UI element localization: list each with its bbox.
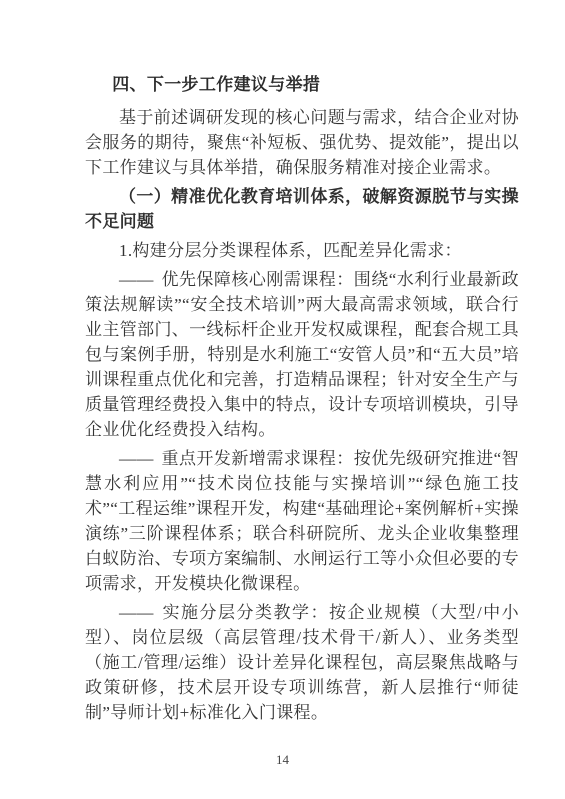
dash-mark: —— xyxy=(119,449,154,468)
bullet-paragraph: ——实施分层分类教学：按企业规模（大型/中小型）、岗位层级（高层管理/技术骨干/… xyxy=(85,600,519,725)
document-page: 四、下一步工作建议与举措 基于前述调研发现的核心问题与需求，结合企业对协会服务的… xyxy=(0,0,565,799)
bullet-lead: 重点开发新增需求课程： xyxy=(161,449,353,468)
item-heading-paragraph: 1.构建分层分类课程体系，匹配差异化需求： xyxy=(85,238,519,263)
page-number: 14 xyxy=(0,752,565,768)
dash-mark: —— xyxy=(119,270,154,289)
bullet-lead: 优先保障核心刚需课程： xyxy=(161,270,353,289)
bullet-paragraph: ——优先保障核心刚需课程：围绕“水利行业最新政策法规解读”“安全技术培训”两大最… xyxy=(85,267,519,442)
bullet-paragraph: ——重点开发新增需求课程：按优先级研究推进“智慧水利应用”“技术岗位技能与实操培… xyxy=(85,446,519,596)
bullet-text: 围绕“水利行业最新政策法规解读”“安全技术培训”两大最高需求领域，联合行业主管部… xyxy=(85,270,519,439)
bullet-text: 按优先级研究推进“智慧水利应用”“技术岗位技能与实操培训”“绿色施工技术”“工程… xyxy=(85,449,519,593)
subsection-heading: （一）精准优化教育培训体系，破解资源脱节与实操不足问题 xyxy=(85,184,519,234)
section-heading: 四、下一步工作建议与举措 xyxy=(85,72,519,97)
bullet-lead: 实施分层分类教学： xyxy=(161,603,329,622)
intro-paragraph: 基于前述调研发现的核心问题与需求，结合企业对协会服务的期待，聚焦“补短板、强优势… xyxy=(85,105,519,180)
dash-mark: —— xyxy=(119,603,154,622)
